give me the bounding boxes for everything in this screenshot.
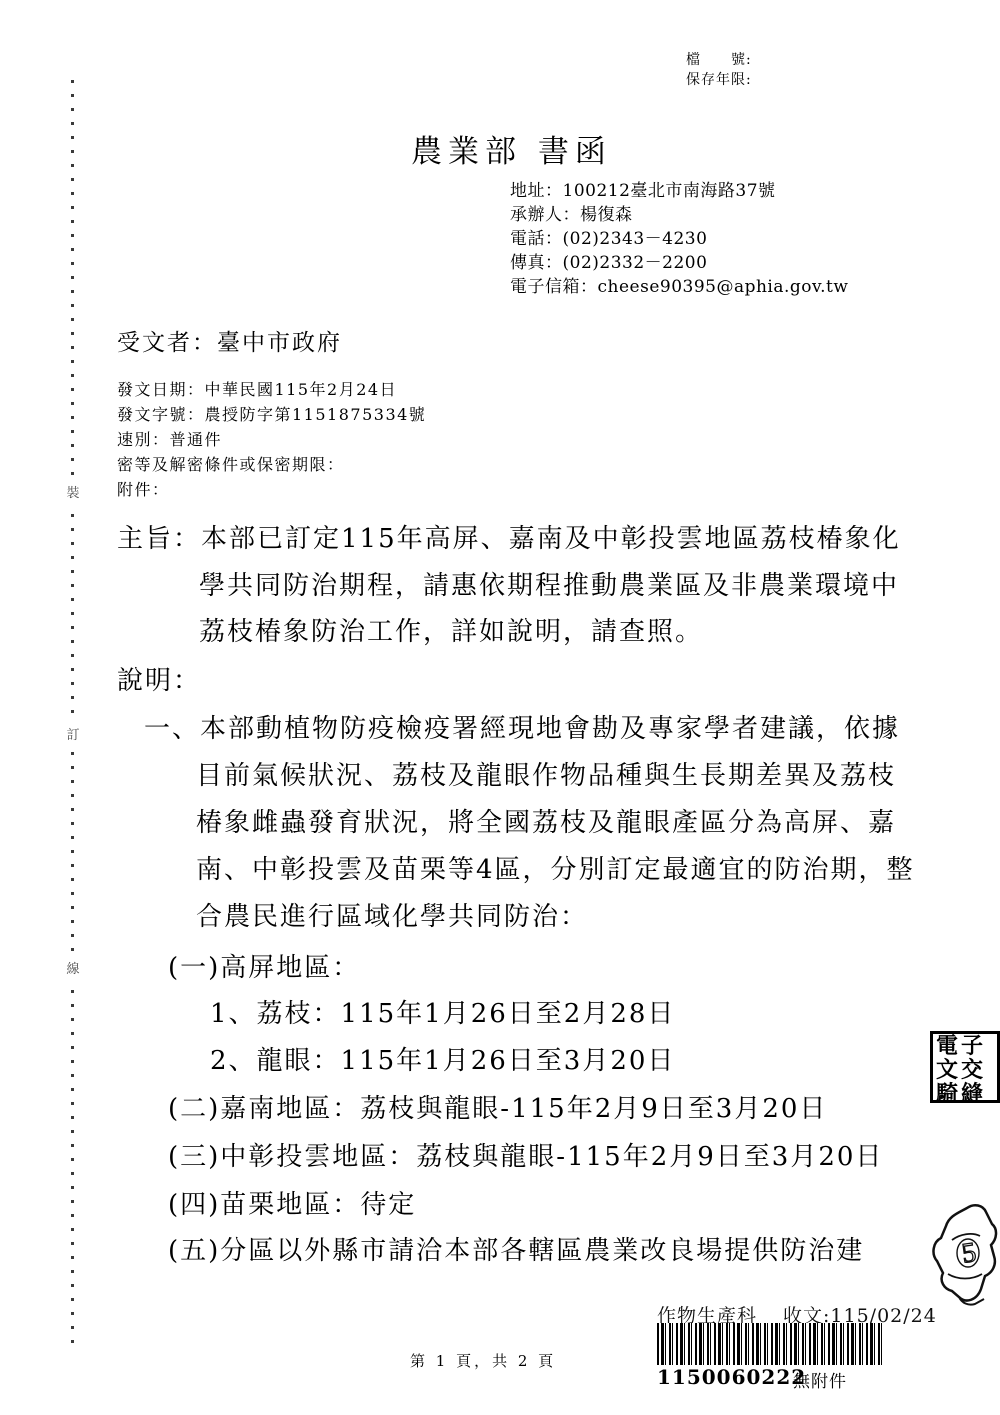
barcode-serial-number: 1150060222	[657, 1365, 806, 1389]
subject-line-2: 學共同防治期程，請惠依期程推動農業區及非農業環境中	[199, 569, 899, 603]
seam-stamp-row-3: 騎縫	[936, 1082, 997, 1103]
no-attachment-note: 無附件	[793, 1367, 847, 1392]
file-number-label: 檔 號:	[686, 50, 752, 70]
meta-security: 密等及解密條件或保密期限：	[117, 452, 426, 477]
meta-speed: 速別：普通件	[117, 427, 426, 452]
subitem-3-zhongzhang: (三)中彰投雲地區：荔枝與龍眼-115年2月9日至3月20日	[168, 1140, 883, 1174]
sender-fax: 傳真：(02)2332－2200	[510, 251, 848, 275]
barcode	[657, 1323, 885, 1365]
document-title: 農業部 書函	[411, 126, 612, 171]
binding-dotted-line	[71, 80, 74, 1348]
item1-line-4: 南、中彰投雲及苗栗等4區，分別訂定最適宜的防治期，整	[196, 853, 915, 887]
squiggle-outline-icon: 5	[928, 1196, 1000, 1314]
meta-attachment: 附件：	[117, 477, 426, 502]
seam-stamp-row-1: 電子	[936, 1034, 997, 1058]
subitem-1-lychee: 1、荔枝：115年1月26日至2月28日	[210, 997, 675, 1031]
item1-line-2: 目前氣候狀況、荔枝及龍眼作物品種與生長期差異及荔枝	[196, 759, 896, 793]
meta-issue-date: 發文日期：中華民國115年2月24日	[117, 377, 426, 402]
seam-stamp-row-2: 文交	[936, 1058, 997, 1082]
doc-meta-block: 發文日期：中華民國115年2月24日 發文字號：農授防字第1151875334號…	[117, 377, 426, 502]
explanation-label: 說明：	[117, 664, 201, 698]
sender-info-block: 地址：100212臺北市南海路37號 承辦人：楊復森 電話：(02)2343－4…	[510, 179, 848, 299]
sender-officer: 承辦人：楊復森	[510, 203, 848, 227]
sender-email: 電子信箱：cheese90395@aphia.gov.tw	[510, 275, 848, 299]
item1-line-1: 一、本部動植物防疫檢疫署經現地會勘及專家學者建議，依據	[144, 712, 900, 746]
page-number-footer: 第 1 頁，共 2 頁	[410, 1350, 556, 1371]
subitem-1-longan: 2、龍眼：115年1月26日至3月20日	[210, 1044, 675, 1078]
electronic-exchange-seam-stamp: 電子 文交 騎縫	[930, 1031, 1000, 1103]
binding-mark-xian: 線	[64, 954, 82, 981]
file-label-block: 檔 號: 保存年限:	[686, 50, 752, 90]
subject-line-1: 主旨：本部已訂定115年高屏、嘉南及中彰投雲地區荔枝椿象化	[117, 522, 901, 556]
retention-label: 保存年限:	[686, 70, 752, 90]
recipient-line: 受文者：臺中市政府	[117, 324, 342, 357]
sender-address: 地址：100212臺北市南海路37號	[510, 179, 848, 203]
subitem-1-gaoping: (一)高屏地區：	[168, 951, 360, 985]
subitem-4-miaoli: (四)苗栗地區：待定	[168, 1188, 416, 1222]
corner-squiggle-mark: 5	[928, 1196, 1000, 1318]
sender-phone: 電話：(02)2343－4230	[510, 227, 848, 251]
meta-doc-number: 發文字號：農授防字第1151875334號	[117, 402, 426, 427]
subitem-5-other: (五)分區以外縣市請洽本部各轄區農業改良場提供防治建	[168, 1234, 864, 1268]
item1-line-3: 椿象雌蟲發育狀況，將全國荔枝及龍眼產區分為高屏、嘉	[196, 806, 896, 840]
binding-mark-zhuang: 裝	[64, 478, 82, 505]
item1-line-5: 合農民進行區域化學共同防治：	[196, 900, 588, 934]
subitem-2-jianan: (二)嘉南地區：荔枝與龍眼-115年2月9日至3月20日	[168, 1092, 827, 1126]
subject-line-3: 荔枝椿象防治工作，詳如說明，請查照。	[199, 615, 703, 649]
binding-mark-ding: 訂	[64, 720, 82, 747]
